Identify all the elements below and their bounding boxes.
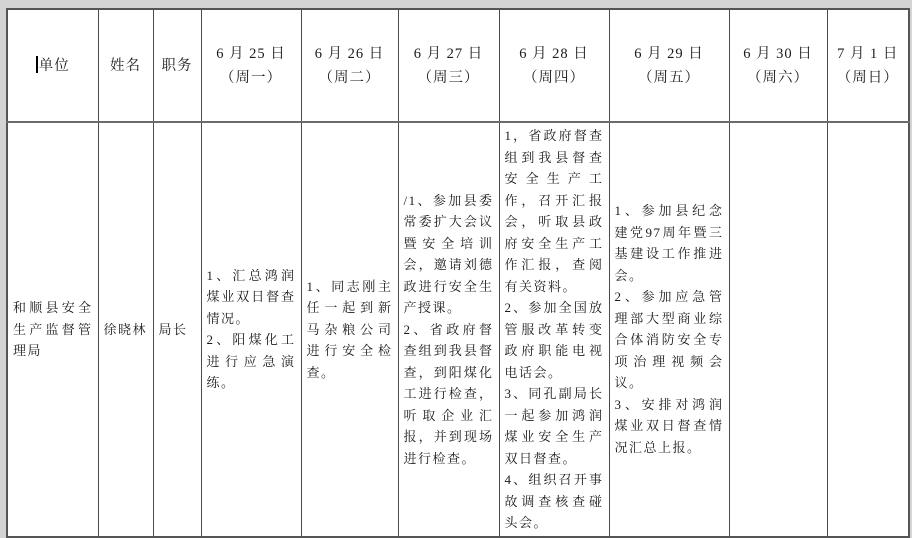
cell-day-mon[interactable]: 1、汇总鸿润煤业双日督查情况。 2、阳煤化工进行应急演练。 [201,122,301,480]
header-date-fri[interactable]: 6 月 29 日 （周五） [609,9,729,122]
cell-day-tue[interactable]: 1、同志刚主任一起到新马杂粮公司进行安全检查。 [301,122,398,480]
cell-day-sat[interactable] [729,122,827,480]
header-name[interactable]: 姓名 [98,9,153,122]
header-unit[interactable]: 单位 [7,9,98,122]
cell-unit[interactable]: 和顺县安全生产监督管理局 [7,122,98,480]
header-row: 单位 姓名 职务 6 月 25 日 （周一） 6 月 26 日 （周二） 6 月… [7,9,909,122]
header-title[interactable]: 职务 [153,9,201,122]
cell-title[interactable]: 局长 [153,122,201,480]
header-unit-label: 单位 [39,58,70,74]
cell-day-fri[interactable]: 1、参加县纪念建党97周年暨三基建设工作推进会。 2、参加应急管理部大型商业综合… [609,122,729,480]
header-date-wed[interactable]: 6 月 27 日 （周三） [398,9,499,122]
header-date-thu[interactable]: 6 月 28 日 （周四） [499,9,609,122]
schedule-table: 单位 姓名 职务 6 月 25 日 （周一） 6 月 26 日 （周二） 6 月… [6,8,910,480]
table-row: 和顺县安全生产监督管理局 徐晓林 局长 1、汇总鸿润煤业双日督查情况。 2、阳煤… [7,122,909,480]
cell-day-sun[interactable] [827,122,909,480]
header-date-mon[interactable]: 6 月 25 日 （周一） [201,9,301,122]
text-cursor [36,56,38,73]
header-date-sat[interactable]: 6 月 30 日 （周六） [729,9,827,122]
cell-day-thu[interactable]: 1，省政府督查组到我县督查安全生产工作，召开汇报会，听取县政府安全生产工作汇报，… [499,122,609,480]
header-date-sun[interactable]: 7 月 1 日 （周日） [827,9,909,122]
document-page: 单位 姓名 职务 6 月 25 日 （周一） 6 月 26 日 （周二） 6 月… [0,0,912,480]
cell-name[interactable]: 徐晓林 [98,122,153,480]
header-date-tue[interactable]: 6 月 26 日 （周二） [301,9,398,122]
cell-day-wed[interactable]: /1、参加县委常委扩大会议暨安全培训会，邀请刘德政进行安全生产授课。 2、省政府… [398,122,499,480]
